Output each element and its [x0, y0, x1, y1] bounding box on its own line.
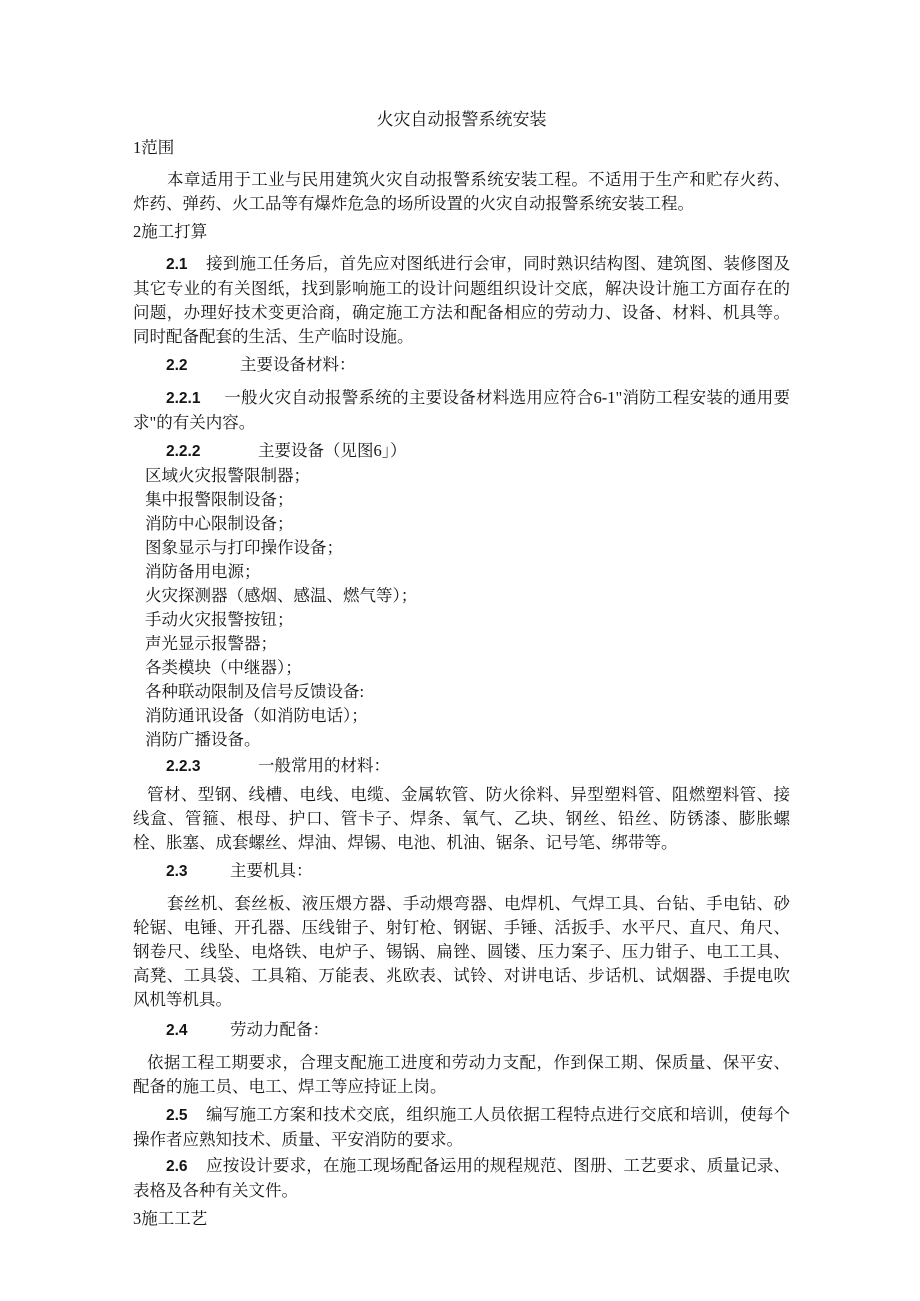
clause-number: 2.4 [166, 1019, 230, 1043]
clause-number: 2.2.3 [166, 755, 258, 779]
section-heading-scope: 1范围 [133, 136, 790, 160]
equipment-list-item: 各类模块（中继器）； [133, 656, 790, 680]
equipment-list-item: 各种联动限制及信号反馈设备: [133, 680, 790, 704]
equipment-list-item: 区域火灾报警限制器； [133, 464, 790, 488]
clause-text: 接到施工任务后，首先应对图纸进行会审，同时熟识结构图、建筑图、装修图及其它专业的… [133, 254, 790, 346]
clause-text: 主要设备（见图6」） [258, 441, 407, 460]
equipment-list-item: 声光显示报警器； [133, 632, 790, 656]
equipment-list-item: 手动火灾报警按钮； [133, 608, 790, 632]
clause-2-1: 2.1接到施工任务后，首先应对图纸进行会审，同时熟识结构图、建筑图、装修图及其它… [133, 252, 790, 349]
equipment-list-item: 消防通讯设备（如消防电话）； [133, 704, 790, 728]
clause-2-2-3: 2.2.3一般常用的材料： [133, 754, 790, 779]
clause-number: 2.1 [166, 253, 206, 277]
clause-number: 2.2 [166, 354, 240, 378]
clause-text: 编写施工方案和技术交底，组织施工人员依据工程特点进行交底和培训，使每个操作者应熟… [133, 1105, 790, 1149]
clause-2-6: 2.6应按设计要求，在施工现场配备运用的规程规范、图册、工艺要求、质量记录、表格… [133, 1154, 790, 1203]
clause-text: 主要机具： [230, 861, 313, 880]
section-heading-preparation: 2施工打算 [133, 220, 790, 244]
clause-2-2: 2.2主要设备材料： [133, 353, 790, 378]
clause-number: 2.6 [166, 1155, 206, 1179]
clause-2-2-2: 2.2.2主要设备（见图6」） [133, 439, 790, 464]
equipment-list-item: 消防备用电源； [133, 560, 790, 584]
section-heading-process: 3施工工艺 [133, 1207, 790, 1231]
labor-paragraph: 依据工程工期要求，合理支配施工进度和劳动力支配，作到保工期、保质量、保平安、配备… [133, 1051, 790, 1099]
equipment-list-item: 图象显示与打印操作设备； [133, 536, 790, 560]
clause-2-3: 2.3主要机具： [133, 859, 790, 884]
clause-number: 2.3 [166, 860, 230, 884]
clause-text: 应按设计要求，在施工现场配备运用的规程规范、图册、工艺要求、质量记录、表格及各种… [133, 1156, 790, 1200]
clause-text: 一般常用的材料： [258, 756, 390, 775]
equipment-list-item: 消防广播设备。 [133, 728, 790, 752]
clause-2-2-1: 2.2.1一般火灾自动报警系统的主要设备材料选用应符合6-1"消防工程安装的通用… [133, 386, 790, 435]
clause-2-5: 2.5编写施工方案和技术交底，组织施工人员依据工程特点进行交底和培训，使每个操作… [133, 1103, 790, 1152]
clause-2-4: 2.4劳动力配备： [133, 1018, 790, 1043]
materials-paragraph: 管材、型钢、线槽、电线、电缆、金属软管、防火徐料、异型塑料管、阻燃塑料管、接线盒… [133, 783, 790, 855]
clause-number: 2.5 [166, 1104, 206, 1128]
clause-text: 主要设备材料： [240, 355, 356, 374]
equipment-list-item: 火灾探测器（感烟、感温、燃气等）； [133, 584, 790, 608]
clause-number: 2.2.2 [166, 440, 258, 464]
clause-text: 劳动力配备： [230, 1020, 329, 1039]
equipment-list-item: 集中报警限制设备； [133, 488, 790, 512]
document-content: 火灾自动报警系统安装 1范围 本章适用于工业与民用建筑火灾自动报警系统安装工程。… [0, 0, 920, 1231]
document-page: 火灾自动报警系统安装 1范围 本章适用于工业与民用建筑火灾自动报警系统安装工程。… [0, 0, 920, 1301]
clause-number: 2.2.1 [166, 387, 224, 411]
clause-text: 一般火灾自动报警系统的主要设备材料选用应符合6-1"消防工程安装的通用要求"的有… [133, 388, 790, 432]
tools-paragraph: 套丝机、套丝板、液压煨方器、手动煨弯器、电焊机、气焊工具、台钻、手电钻、砂轮锯、… [133, 892, 790, 1012]
scope-paragraph: 本章适用于工业与民用建筑火灾自动报警系统安装工程。不适用于生产和贮存火药、炸药、… [133, 168, 790, 216]
equipment-list-item: 消防中心限制设备； [133, 512, 790, 536]
document-title: 火灾自动报警系统安装 [133, 108, 790, 132]
